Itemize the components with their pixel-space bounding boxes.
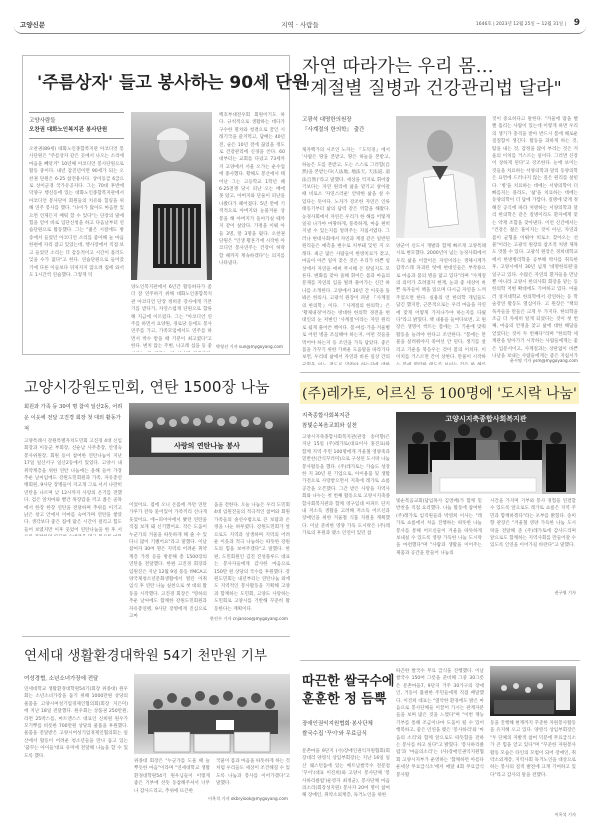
byline: 이옥석 기자 okbryiook@mygoyang.com [208,796,288,802]
headline-line-2[interactable]: 훈훈한 정 듬뿍 [302,688,386,707]
body-column-1: 연세대학교 생활환경대학원54기(회장 위종대) 원우회는 소년소녀가장을 돕기… [24,686,128,808]
body-column-3: 움을 전한다. 오늘 나눔은 우리 도민회 4대 임원진들의 적극적인 참여와 … [214,502,290,614]
headline[interactable]: 연세대 생활환경대학원 54기 천만원 기부 [24,644,267,664]
body-column-2: 이었어요. 집에 오니 온몸에 까만 연탄가루가 잔뜩 묻어있어 가족끼리 신나… [129,502,207,622]
body-column-2: 양노인복지관에서 6년간 활동하다가 좀 더 잘 연주하기 위해 대화노인종합복… [131,284,212,352]
page-header: 고양신문 지역 · 사람들 1646호 | 2023년 12월 25일 ~ 12… [14,16,586,34]
body-column-2: 위종대 회장은 "누군가를 도울 때 늘 뿌듯한 마음"이라며 "연세대학교 생… [134,758,210,804]
byline: 이옥석 기자 [554,812,576,818]
doctor-holding-book-photo [396,116,486,238]
body-column-3: 것이 중요하다고 말한다. "겨울에 땀을 뻘뻘 흘리는 사람이 있는데 이렇게… [492,116,578,358]
body-column-3: 시간을 가지며 기부와 봉사 경험을 연결할 수 있도록 앞으로도 레가토 쇼룸… [490,498,576,590]
section-divider [300,660,580,661]
kicker: 장애인권익지원협회·봉사단체 [302,720,373,729]
body-column-1: 고양시지축종합사회복지관(관장 송미향)은 지난 15일 (주)레가토(대표이사… [302,434,390,600]
byline: 윤시명 기자 ysm@mygoyang.com [510,358,578,364]
volunteers-group-photo: 고양시지축종합사회복지관 [396,412,576,494]
kicker: 고양사람들 [29,117,56,126]
body-column-3: 백호부대전우회 회원이기도 하다. 규칙적으로 생활하는 데다가 구수한 멸치와… [219,112,285,344]
article-yonsei-donation: 연세대 생활환경대학원 54기 천만원 기부 여성경협, 소년소녀가장에 전달 … [22,638,290,818]
article-briquette-continued: 이었어요. 집에 오니 온몸에 까만 연탄가루가 잔뜩 묻어있어 가족끼리 신나… [22,480,290,630]
body-column-1: 오찬권(89세) 대화노인종합복지관 아코디언 봉사단원은 "주름상자 같은 곳… [29,146,124,351]
article-accordion-volunteer: '주름상자' 들고 봉사하는 90세 단원 고양사람들 오찬권 대화노인복지관 … [22,55,290,355]
headline-line-2[interactable]: "계절별 질병과 건강관리법 달라" [302,74,562,100]
section-divider [22,636,290,637]
accordion-player-photo [131,112,212,280]
group-donation-photo [134,674,290,754]
subheadline: 쌀국수집 '꾸이'와 무료급식 [302,730,367,739]
headline[interactable]: '주름상자' 들고 봉사하는 90세 단원 [37,68,308,93]
group-briquette-photo: 사랑의 연탄나눔 봉사 [129,403,289,475]
headline[interactable]: (주)레가토, 어르신 등 100명에 '도시락 나눔' [300,382,579,404]
body-column-3: 동을 진행해 현재까지 꾸준한 자원봉사활동을 유지해 오고 있다. 양영식 상… [490,720,576,814]
byline: 박형선 기자 sun@mygoyang.com [216,344,283,350]
subheadline: 『사계절의 한의학』 출간 [302,126,364,135]
headline-line-1[interactable]: 따끈한 쌀국수에 [302,670,394,689]
kicker: 지축종합사회복지관 [302,412,350,421]
banner-text: 사랑의 연탄나눔 봉사 [151,441,263,451]
subheadline: 오찬권 대화노인복지관 봉사단원 [29,126,107,135]
subheadline: 참빛순복음교회와 실천 [302,422,357,431]
divider [29,138,124,139]
byline: 한진수 기자 cnjansoo@mygoyang.com [210,616,288,622]
soup-kitchen-photo [490,666,576,716]
page-number: 9 [574,18,580,28]
body-column-2: 따끈한 쌀국수 무료 급식을 진행했다. 이날 쌀국수 150여 그릇을 준비해… [396,668,484,816]
article-rice-noodle-meal: 따끈한 쌀국수에 훈훈한 정 듬뿍 장애인권익지원협회·봉사단체 쌀국수집 '꾸… [300,662,580,830]
subheadline: 여성경협, 소년소녀가장에 전달 [24,675,98,684]
section-divider [300,372,580,373]
body-column-3: 국물이 몸과 마음을 따뜻하게 하는 것처럼 우리들도 세상이 조건해질 수 있… [216,758,290,794]
headline[interactable]: 고양시강원도민회, 연탄 1500장 나눔 [24,376,270,397]
issue-info: 1646호 | 2023년 12월 25일 ~ 12월 31일 | [476,21,566,27]
body-column-2: 빛순복음교회(담임목사 김영배)가 함께 밑반찬을 직접 요리했다. 나눔 활동… [396,498,482,598]
lede: 회원과 가족 등 30여 명 참여 일산2동, 어려운 이웃에 전달 고진경 회… [24,402,124,435]
body-column-1: 문촌마을 9단지 (사)장애인권익지원협회(회장대리 양영식 상임부회장)는 지… [302,748,390,812]
article-seasonal-medicine: 자연 따라가는 우리 몸… "계절별 질병과 건강관리법 달라" 고광석 대명한… [300,50,580,370]
byline: 권구영 기자 [554,590,576,596]
kicker: 고광석 대명한의원장 [302,116,352,125]
body-column-1: 제자백가의 시조인 노자는 『도덕경』에서 '사람은 땅을 본받고, 땅은 하늘… [302,147,390,365]
divider [29,112,124,113]
article-legato-lunchbox: (주)레가토, 어르신 등 100명에 '도시락 나눔' 지축종합사회복지관 참… [300,376,580,606]
body-column-2: 양군이 신도시 개발과 함께 빠르게 고양특례시로 변모했다. 2000년이 넘… [396,243,486,365]
